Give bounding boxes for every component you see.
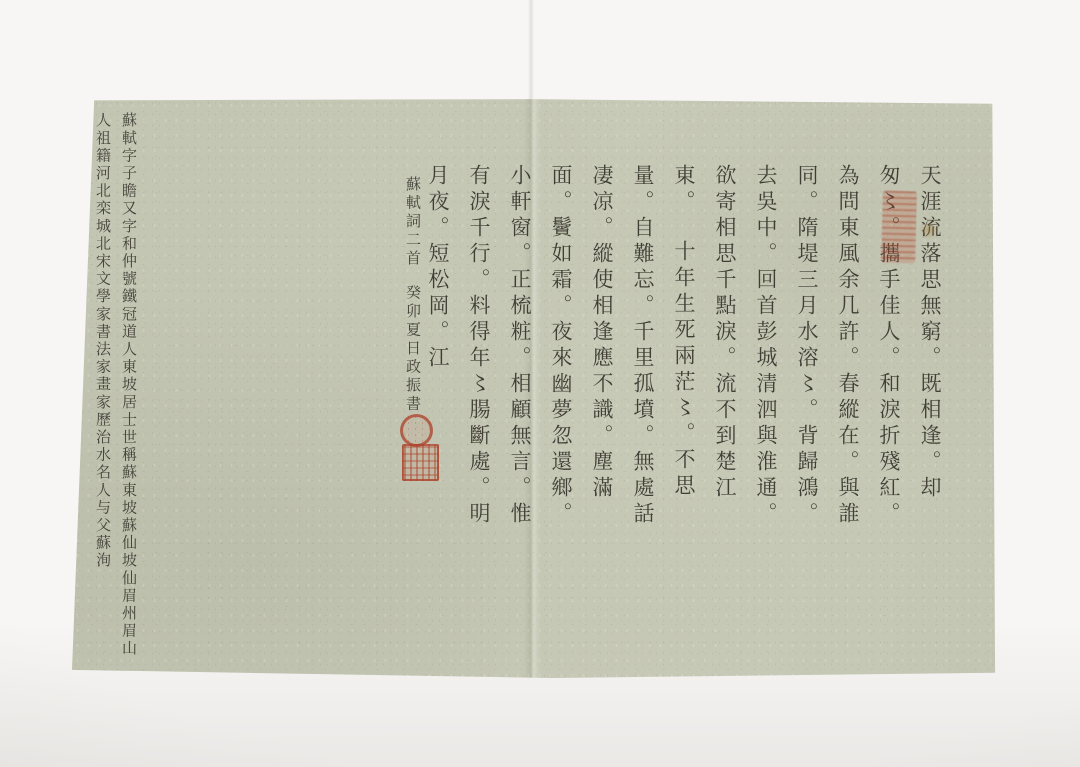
poem-text-block: 天涯流落思無窮。既相逢。却匆〻。攜手佳人。和淚折殘紅。為問東風余几許。春縱在。與…	[417, 164, 950, 538]
red-seal-round	[400, 414, 433, 447]
poem-jiangchengzi-yimao: 十年生死兩茫〻。不思量。自難忘。千里孤墳。無處話凄凉。縱使相逢應不識。塵滿面。鬢…	[426, 164, 696, 528]
signature-title: 蘇軾詞二首	[404, 176, 422, 269]
calligraphy-paper: 天涯流落思無窮。既相逢。却匆〻。攜手佳人。和淚折殘紅。為問東風余几許。春縱在。與…	[72, 98, 996, 678]
colophon-biography-text: 蘇軾字子瞻又字和仲號鐵冠道人東坡居士世稱蘇東坡蘇仙坡仙眉州眉山人祖籍河北栾城北宋…	[90, 112, 142, 660]
backdrop-fold-line	[528, 0, 534, 100]
paper-stain	[920, 222, 938, 238]
signature-column: 蘇軾詞二首癸卯夏日政振書	[398, 176, 428, 596]
red-seal-rectangular	[881, 191, 917, 264]
red-seal-square	[402, 444, 439, 481]
signature-date-name: 癸卯夏日政振書	[404, 285, 422, 415]
